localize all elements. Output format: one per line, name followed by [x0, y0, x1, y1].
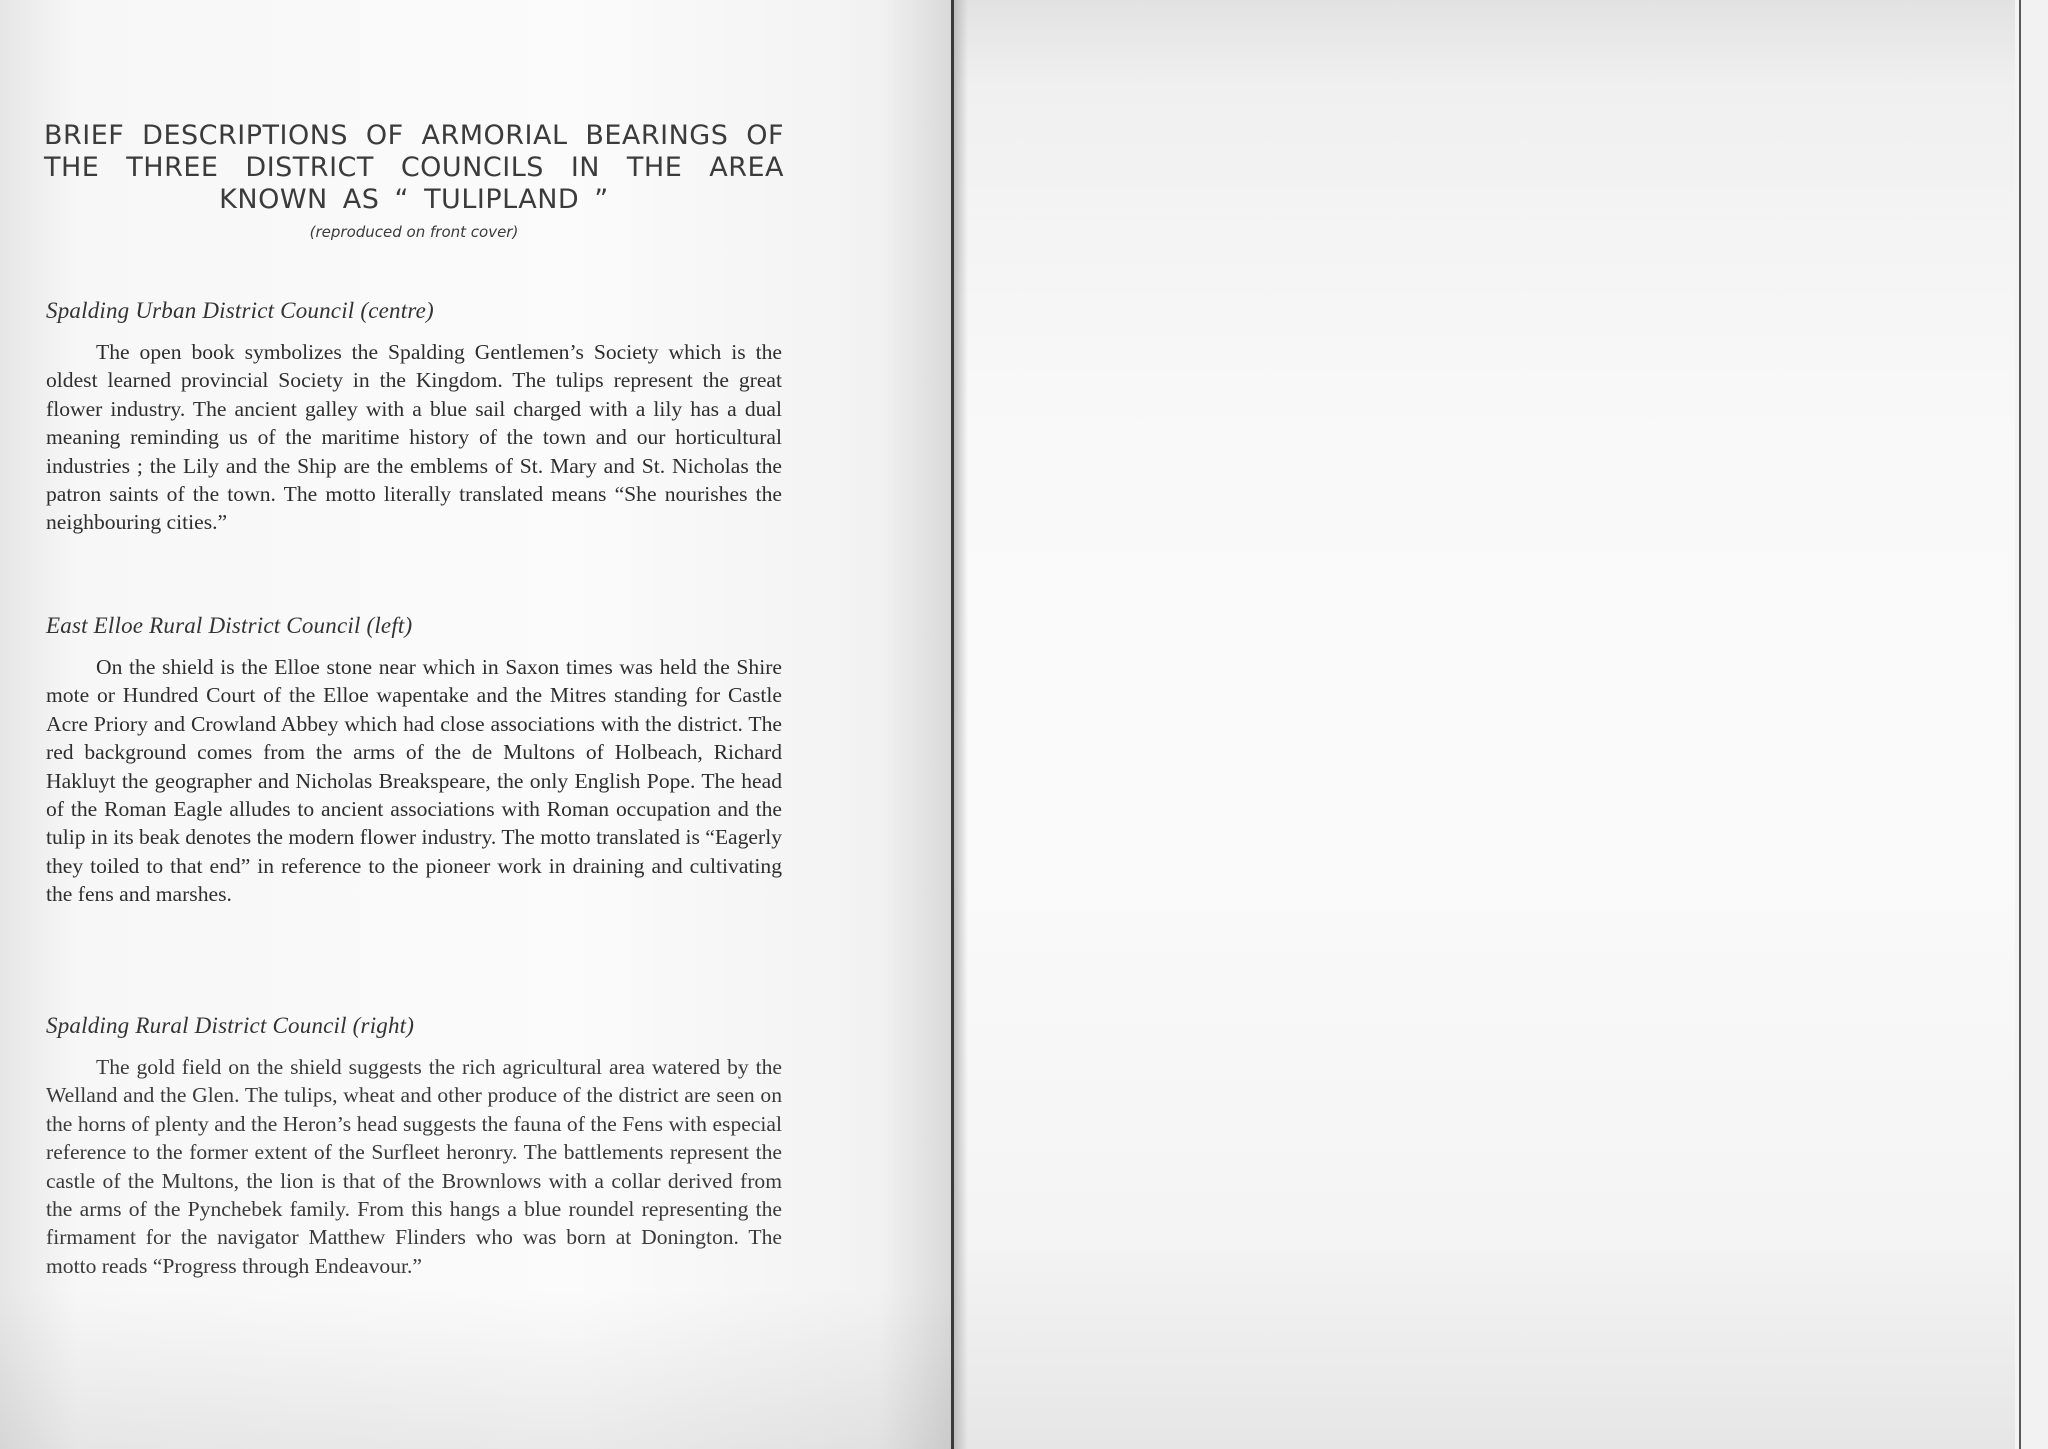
section-body: On the shield is the Elloe stone near wh… [46, 653, 782, 909]
section-heading: Spalding Rural District Council (right) [46, 1013, 782, 1039]
title-line-1: BRIEF DESCRIPTIONS OF ARMORIAL BEARINGS … [44, 120, 784, 152]
section-body: The gold field on the shield suggests th… [46, 1053, 782, 1280]
page-edge-strip [2021, 0, 2048, 1449]
title-line-3: KNOWN AS “ TULIPLAND ” [44, 184, 784, 216]
document-subtitle: (reproduced on front cover) [44, 223, 784, 241]
spine-shadow [954, 0, 968, 1449]
section-east-elloe: East Elloe Rural District Council (left)… [46, 613, 782, 909]
book-spine [951, 0, 954, 1449]
section-spalding-urban: Spalding Urban District Council (centre)… [46, 298, 782, 537]
right-page-blank [955, 0, 2015, 1449]
section-body: The open book symbolizes the Spalding Ge… [46, 338, 782, 537]
section-heading: East Elloe Rural District Council (left) [46, 613, 782, 639]
title-line-2: THE THREE DISTRICT COUNCILS IN THE AREA [44, 152, 784, 184]
section-heading: Spalding Urban District Council (centre) [46, 298, 782, 324]
section-spalding-rural: Spalding Rural District Council (right) … [46, 1013, 782, 1280]
document-title: BRIEF DESCRIPTIONS OF ARMORIAL BEARINGS … [44, 120, 784, 216]
